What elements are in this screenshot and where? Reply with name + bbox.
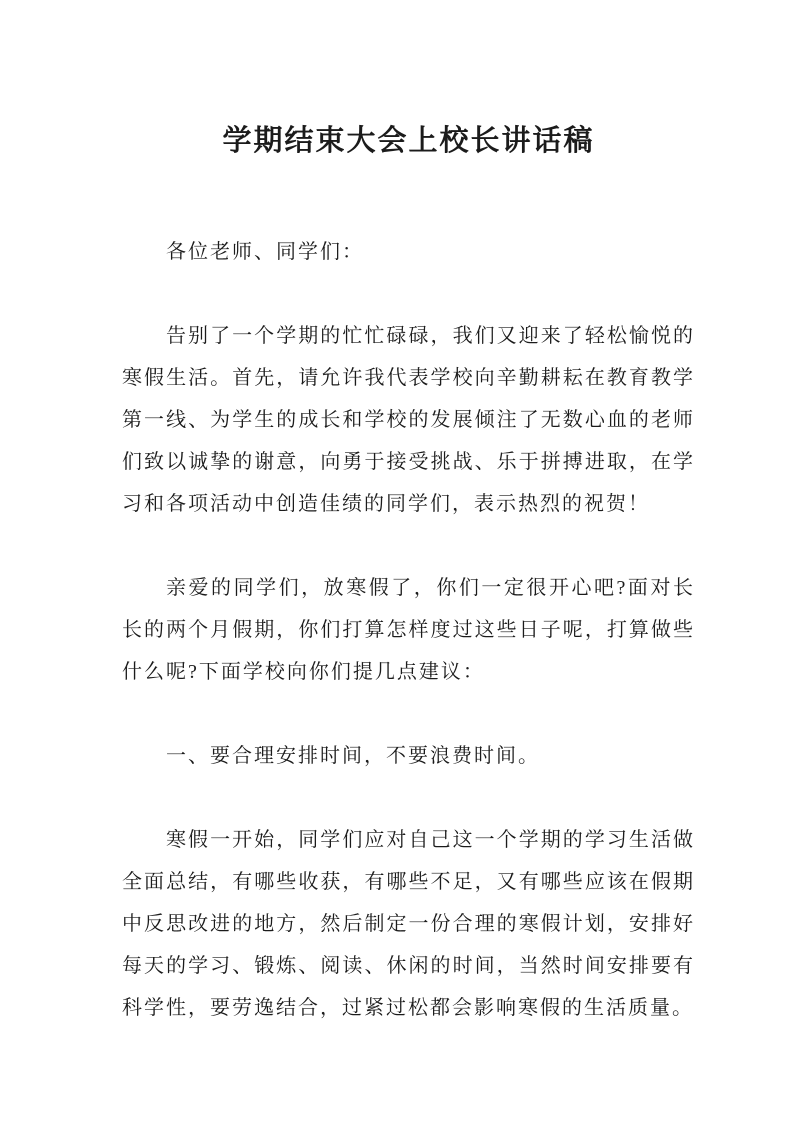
paragraph-suggestion-one-heading: 一、要合理安排时间，不要浪费时间。 <box>122 735 695 777</box>
paragraph-salutation: 各位老师、同学们： <box>122 231 695 273</box>
paragraph-holiday-questions: 亲爱的同学们，放寒假了，你们一定很开心吧?面对长长的两个月假期，你们打算怎样度过… <box>122 567 695 693</box>
paragraph-opening-thanks: 告别了一个学期的忙忙碌碌，我们又迎来了轻松愉悦的寒假生活。首先，请允许我代表学校… <box>122 315 695 525</box>
page-title: 学期结束大会上校长讲话稿 <box>122 118 695 164</box>
document-page: 学期结束大会上校长讲话稿 各位老师、同学们： 告别了一个学期的忙忙碌碌，我们又迎… <box>0 0 793 1122</box>
paragraph-suggestion-one-detail: 寒假一开始，同学们应对自己这一个学期的学习生活做全面总结，有哪些收获，有哪些不足… <box>122 819 695 1029</box>
